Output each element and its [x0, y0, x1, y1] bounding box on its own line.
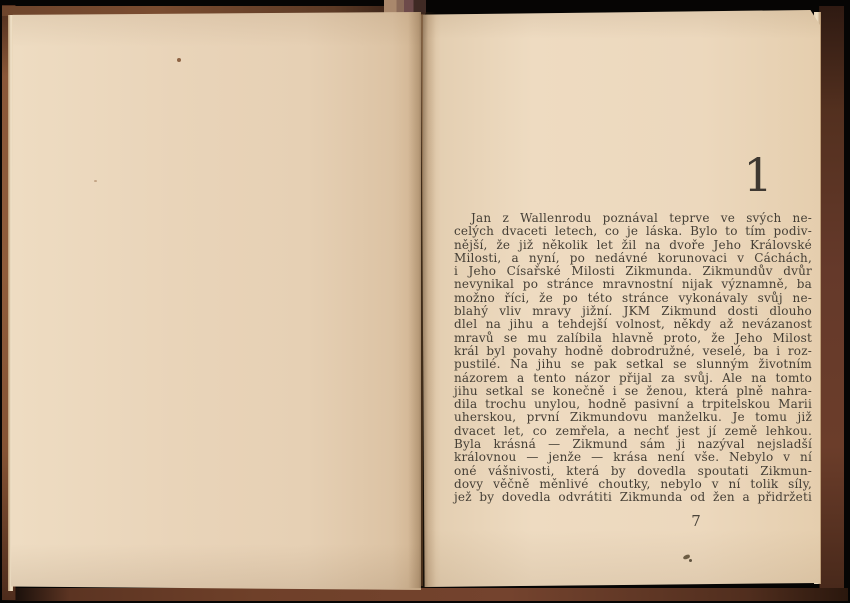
text-line: jež by dovedla odvrátiti Zikmunda od žen… — [454, 491, 812, 504]
paper-speck — [94, 180, 97, 182]
right-page: 1 Jan z Wallenrodu poznával teprve ve sv… — [421, 10, 820, 587]
text-line: jihu setkal se konečně i se ženou, která… — [454, 385, 812, 398]
chapter-number: 1 — [737, 146, 779, 204]
text-line: blahý vliv mravy jižní. JKM Zikmund dost… — [454, 305, 812, 318]
page-number: 7 — [684, 512, 708, 530]
paper-smudge — [683, 554, 691, 560]
text-line: uherskou, první Zikmundovu manželku. Je … — [454, 411, 812, 424]
left-page-blank — [11, 12, 421, 590]
text-line: názorem a tento názor přijal za svůj. Al… — [454, 372, 812, 385]
paper-speck — [177, 58, 181, 62]
text-line: nější, že již několik let žil na dvoře J… — [454, 239, 812, 252]
text-line: královnou — jenže — krása není vše. Neby… — [454, 451, 812, 464]
text-line: král byl povahy hodně dobrodružné, vesel… — [454, 345, 812, 358]
text-line: dvacet let, co zemřela, a nechť jest jí … — [454, 425, 812, 438]
book-cover-bottom-edge — [2, 588, 848, 601]
text-line: možno říci, že po této stránce vykonával… — [454, 292, 812, 305]
text-line: i Jeho Císařské Milosti Zikmunda. Zikmun… — [454, 265, 812, 278]
paper-smudge — [689, 559, 692, 562]
book-photo: 1 Jan z Wallenrodu poznával teprve ve sv… — [0, 0, 850, 603]
text-line: celých dvaceti letech, co je láska. Bylo… — [454, 225, 812, 238]
text-line: pustilé. Na jihu se pak setkal se slunný… — [454, 358, 812, 371]
text-line: dila trochu unylou, hodně pasivní a trpi… — [454, 398, 812, 411]
text-line: mravů se mu zalíbila hlavně proto, že Je… — [454, 332, 812, 345]
book-cover-right-edge — [819, 6, 844, 594]
text-line: Jan z Wallenrodu poznával teprve ve svýc… — [454, 212, 812, 225]
text-line: nevynikal po stránce mravnostní nijak vý… — [454, 278, 812, 291]
text-line: oné vášnivosti, která by dovedla spoutat… — [454, 465, 812, 478]
body-text: Jan z Wallenrodu poznával teprve ve svýc… — [454, 212, 812, 505]
text-line: Byla krásná — Zikmund sám ji nazýval nej… — [454, 438, 812, 451]
text-line: dlel na jihu a tehdejší volnost, někdy a… — [454, 318, 812, 331]
text-line: dovy věčně měnlivé choutky, nebylo v ní … — [454, 478, 812, 491]
